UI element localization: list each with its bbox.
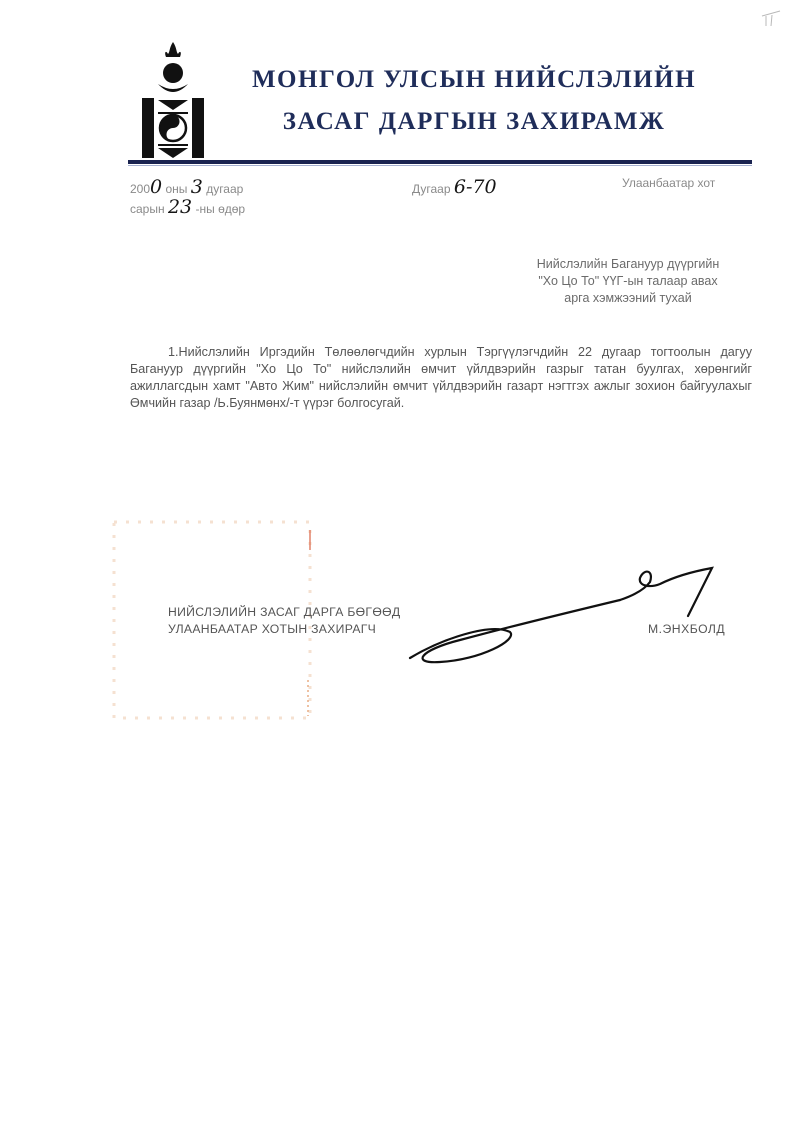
corner-pencil-mark bbox=[758, 8, 784, 30]
year-suffix: оны bbox=[165, 182, 187, 196]
number-handwritten: 6-70 bbox=[454, 176, 497, 198]
header-rule bbox=[128, 160, 752, 164]
document-place: Улаанбаатар хот bbox=[622, 176, 715, 190]
date-year: 2000 оны 3 дугаар bbox=[130, 176, 243, 198]
document-number: Дугаар 6-70 bbox=[412, 176, 497, 198]
signatory-title: НИЙСЛЭЛИЙН ЗАСАГ ДАРГА БӨГӨӨД УЛААНБААТА… bbox=[168, 604, 400, 638]
month-handwritten: 3 bbox=[191, 176, 203, 198]
day-handwritten: 23 bbox=[168, 196, 192, 218]
day-prefix: сарын bbox=[130, 202, 165, 216]
month-label: дугаар bbox=[206, 182, 243, 196]
day-label: -ны өдөр bbox=[195, 202, 245, 216]
handwritten-signature bbox=[400, 560, 730, 670]
subject-line: Нийслэлийн Багануур дүүргийн bbox=[478, 256, 778, 273]
signatory-title-line1: НИЙСЛЭЛИЙН ЗАСАГ ДАРГА БӨГӨӨД bbox=[168, 604, 400, 621]
year-handwritten: 0 bbox=[150, 176, 162, 198]
signatory-name: М.ЭНХБОЛД bbox=[648, 622, 725, 636]
number-label: Дугаар bbox=[412, 182, 451, 196]
header-rule-thin bbox=[128, 165, 752, 166]
subject-block: Нийслэлийн Багануур дүүргийн "Хо Цо То" … bbox=[478, 256, 778, 307]
signatory-title-line2: УЛААНБААТАР ХОТЫН ЗАХИРАГЧ bbox=[168, 621, 400, 638]
subject-line: "Хо Цо То" ҮҮГ-ын талаар авах bbox=[478, 273, 778, 290]
soyombo-emblem-icon bbox=[140, 40, 206, 162]
document-title-line1: МОНГОЛ УЛСЫН НИЙСЛЭЛИЙН bbox=[200, 66, 748, 94]
body-paragraph: 1.Нийслэлийн Иргэдийн Төлөөлөгчдийн хурл… bbox=[130, 344, 752, 412]
document-title-line2: ЗАСАГ ДАРГЫН ЗАХИРАМЖ bbox=[200, 108, 748, 136]
date-day: сарын 23 -ны өдөр bbox=[130, 196, 245, 218]
year-prefix: 200 bbox=[130, 182, 150, 196]
subject-line: арга хэмжээний тухай bbox=[478, 290, 778, 307]
